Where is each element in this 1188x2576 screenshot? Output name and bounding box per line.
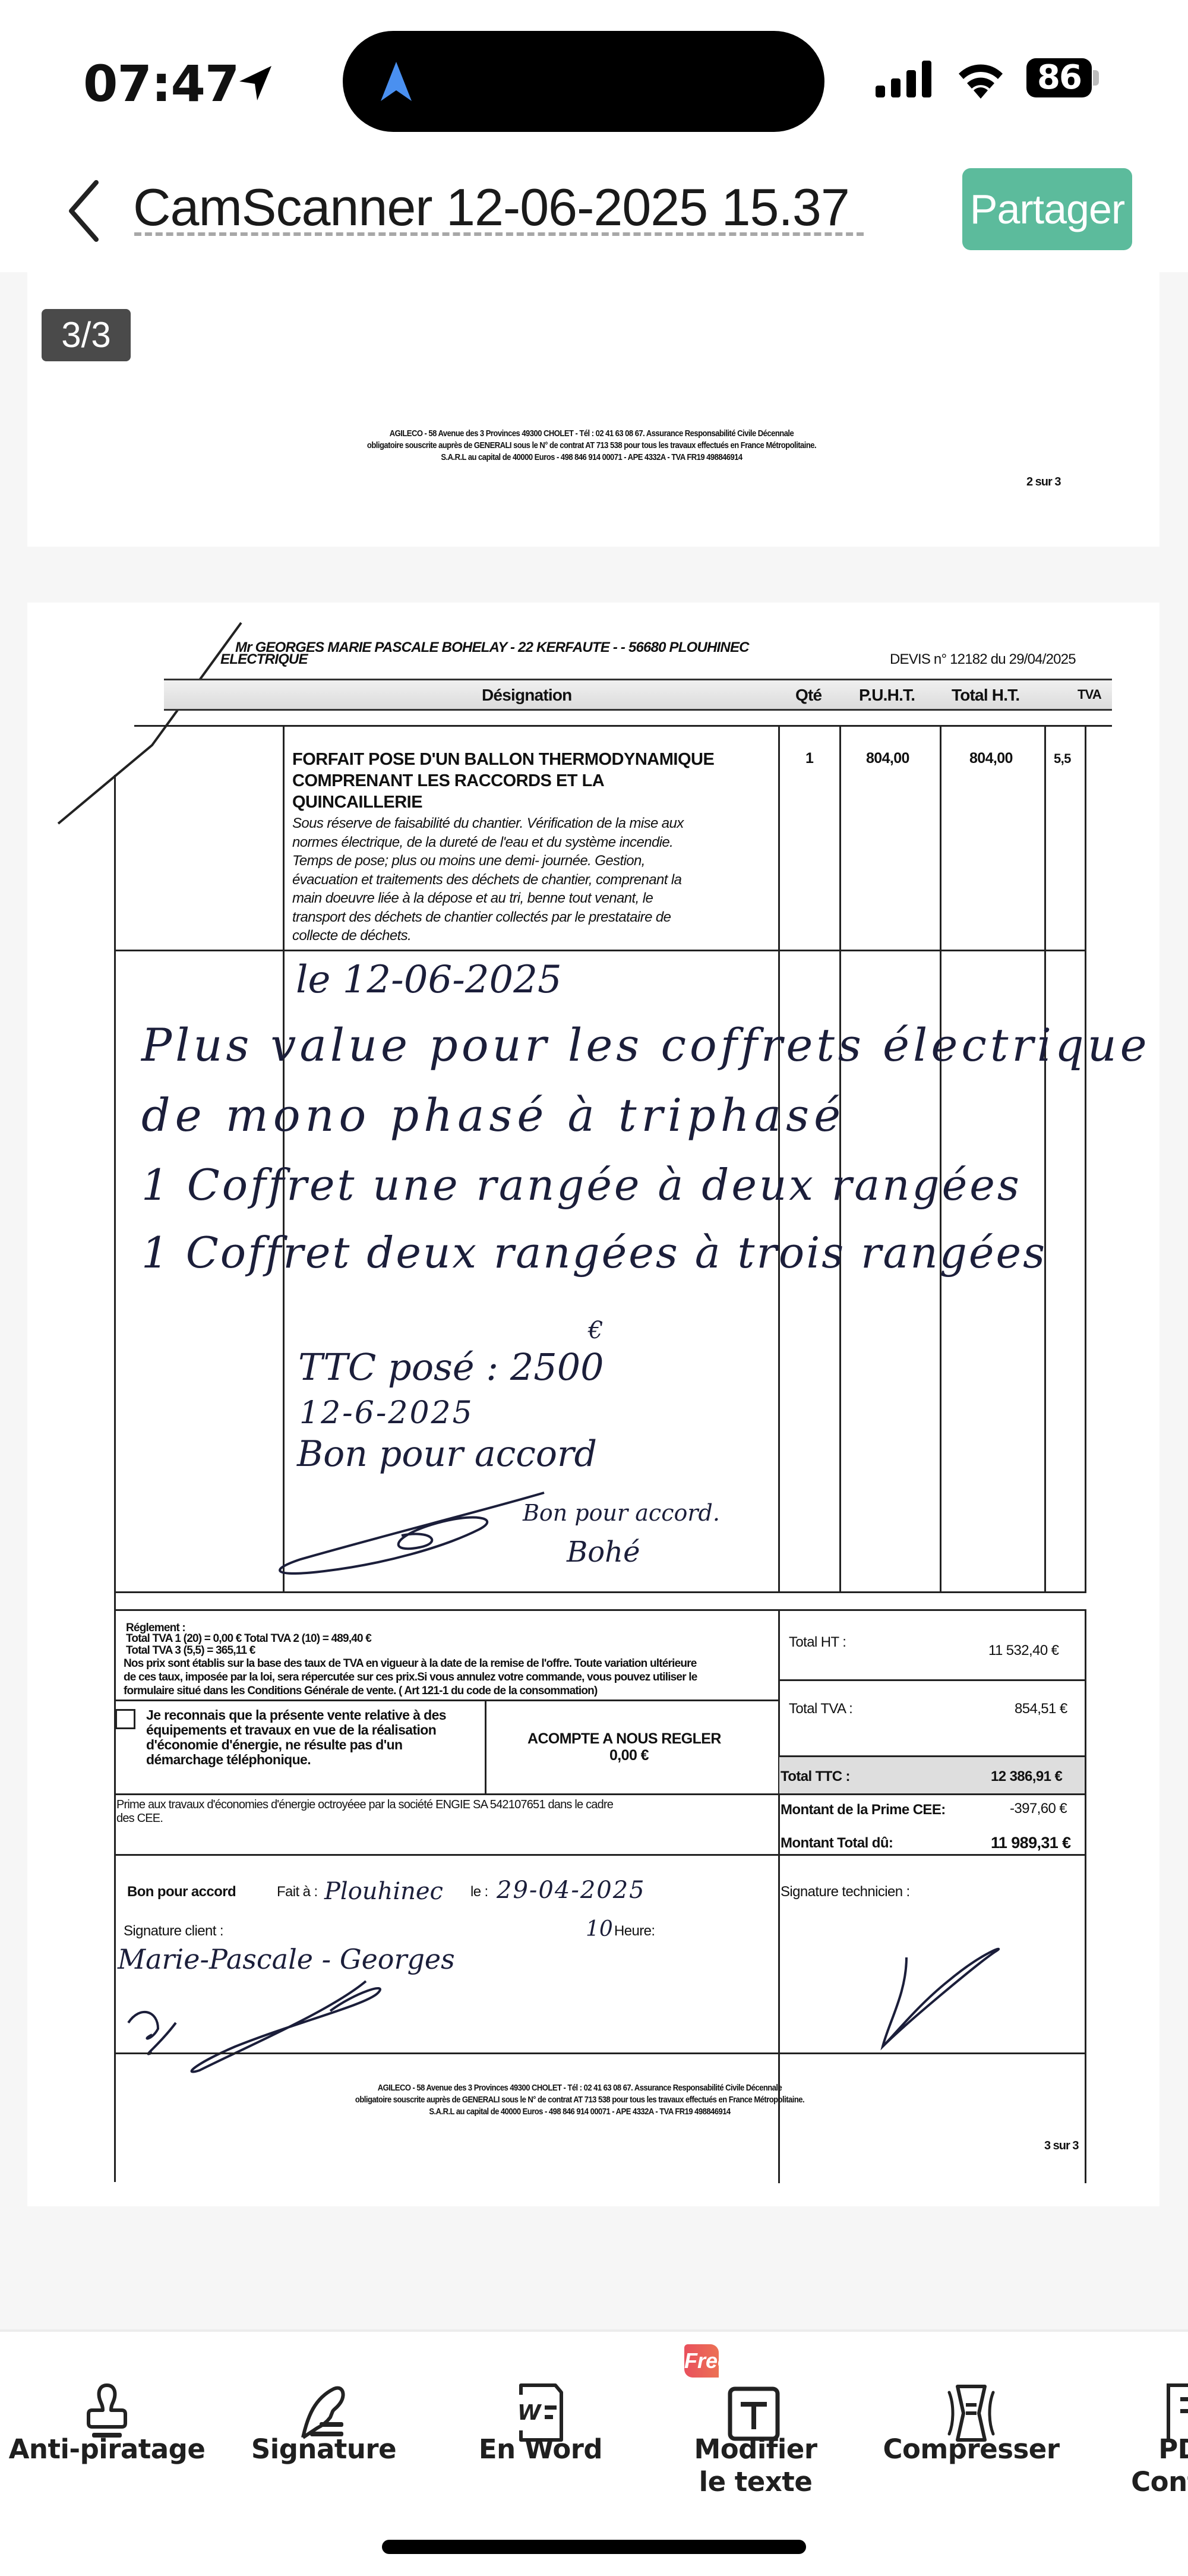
prime-cee-value: -397,60 € <box>1010 1801 1067 1817</box>
total-ht-value: 11 532,40 € <box>988 1642 1059 1659</box>
document-title[interactable]: CamScanner 12-06-2025 15.37 <box>133 177 849 238</box>
acknowledgement-text: Je reconnais que la présente vente relat… <box>146 1708 446 1767</box>
handwritten-line: de mono phasé à triphasé <box>141 1089 845 1142</box>
tool-label: Compresser <box>864 2433 1078 2465</box>
total-tva-label: Total TVA : <box>789 1701 852 1717</box>
page-indicator: 3/3 <box>42 309 131 361</box>
dynamic-island <box>343 31 824 132</box>
bon-pour-accord-label: Bon pour accord <box>127 1884 236 1900</box>
col-tva: TVA <box>1078 687 1101 702</box>
summary-right-border <box>1085 1609 1086 2183</box>
table-right-border <box>1085 725 1086 1593</box>
battery-level: 86 <box>1026 58 1092 97</box>
item-total-ht: 804,00 <box>969 750 1013 767</box>
heure-value: 10 <box>586 1917 613 1941</box>
tool-label: Modifier le texte <box>649 2433 862 2498</box>
devis-number: DEVIS n° 12182 du 29/04/2025 <box>890 651 1076 668</box>
row-divider <box>114 950 1086 951</box>
acknowledgement-checkbox[interactable] <box>115 1709 135 1729</box>
handwritten-currency: € <box>588 1317 603 1344</box>
technicien-signature <box>859 1940 1013 2058</box>
table-top-border <box>134 725 1112 727</box>
total-ht-label: Total HT : <box>789 1634 846 1651</box>
total-due-value: 11 989,31 € <box>991 1834 1071 1852</box>
app-header: 07:47 86 CamScanner 12-06-2025 15.37 Par… <box>0 0 1188 272</box>
share-button[interactable]: Partager <box>962 168 1132 250</box>
tool-label: En Word <box>434 2433 647 2465</box>
battery-icon <box>1093 70 1099 86</box>
location-arrow-icon <box>235 62 276 104</box>
fait-a-label: Fait à : <box>277 1884 318 1900</box>
tool-pdf-config[interactable]: PDF Configu <box>1081 2332 1188 2510</box>
prime-text: Prime aux travaux d'économies d'énergie … <box>116 1798 613 1825</box>
signature-technicien-label: Signature technicien : <box>781 1884 910 1900</box>
col-divider <box>283 725 285 1593</box>
heure-label: Heure: <box>614 1923 655 1940</box>
handwritten-date-2: 12-6-2025 <box>299 1395 474 1431</box>
status-time: 07:47 <box>83 55 239 113</box>
col-divider <box>940 725 941 1593</box>
row-divider <box>114 1854 1086 1856</box>
table-left-border <box>114 775 116 2182</box>
acompte-label: ACOMPTE A NOUS REGLER <box>527 1730 721 1748</box>
col-designation: Désignation <box>482 686 571 705</box>
bottom-toolbar: Anti-piratage Signature W En Word Modifi… <box>0 2329 1188 2576</box>
handwritten-signature <box>253 1488 562 1577</box>
total-ttc-label: Total TTC : <box>781 1768 850 1785</box>
back-button[interactable] <box>59 175 107 247</box>
signature-client-label: Signature client : <box>124 1923 223 1940</box>
wifi-icon <box>956 57 1005 100</box>
document-page-2[interactable]: AGILECO - 58 Avenue des 3 Provinces 4930… <box>27 272 1159 547</box>
row-divider <box>778 1755 1086 1757</box>
handwritten-signature-name: Bohé <box>567 1535 640 1569</box>
handwritten-line: 1 Coffret deux rangées à trois rangées <box>141 1228 1047 1278</box>
tool-label: Anti-piratage <box>0 2433 214 2465</box>
col-puht: P.U.H.T. <box>859 686 915 705</box>
page-footer-legal: AGILECO - 58 Avenue des 3 Provinces 4930… <box>179 2082 981 2118</box>
le-label: le : <box>470 1884 488 1900</box>
col-divider <box>485 1700 486 1793</box>
page-number: 2 sur 3 <box>1026 475 1060 489</box>
tool-signature[interactable]: Signature <box>217 2332 431 2510</box>
tool-label: PDF Configu <box>1081 2433 1188 2498</box>
item-puht: 804,00 <box>866 750 909 767</box>
item-description: Sous réserve de faisabilité du chantier.… <box>292 814 684 945</box>
page-fold-line <box>27 603 265 840</box>
navigation-icon <box>378 61 414 102</box>
col-divider <box>839 725 841 1593</box>
col-divider <box>778 725 780 1593</box>
svg-text:W: W <box>517 2401 542 2425</box>
tool-modifier-texte[interactable]: Modifier le texte <box>649 2332 862 2510</box>
col-divider <box>1044 725 1046 1593</box>
item-tva: 5,5 <box>1054 751 1071 767</box>
document-page-3[interactable]: Mr GEORGES MARIE PASCALE BOHELAY - 22 KE… <box>27 603 1159 2206</box>
col-total-ht: Total H.T. <box>952 686 1019 705</box>
tool-compresser[interactable]: Compresser <box>864 2332 1078 2510</box>
row-divider <box>778 1679 1086 1681</box>
handwritten-agreement: Bon pour accord <box>297 1433 597 1475</box>
handwritten-line: Plus value pour les coffrets électrique <box>141 1019 1151 1071</box>
tool-anti-piratage[interactable]: Anti-piratage <box>0 2332 214 2510</box>
total-tva-value: 854,51 € <box>1015 1701 1067 1717</box>
page-footer-legal: AGILECO - 58 Avenue des 3 Provinces 4930… <box>191 428 993 464</box>
page-number: 3 sur 3 <box>1044 2139 1078 2153</box>
total-due-label: Montant Total dû: <box>781 1835 893 1852</box>
item-qty: 1 <box>805 750 813 767</box>
client-signature-scribble <box>116 1969 485 2076</box>
total-ttc-value: 12 386,91 € <box>991 1768 1062 1785</box>
acompte-value: 0,00 € <box>609 1747 649 1764</box>
row-divider <box>114 1700 779 1701</box>
row-divider <box>114 1793 1086 1795</box>
col-qty: Qté <box>795 686 822 705</box>
handwritten-line: 1 Coffret une rangée à deux rangées <box>141 1160 1022 1210</box>
title-edit-underline <box>134 232 864 236</box>
table-bottom-border <box>114 1591 1086 1593</box>
handwritten-ttc: TTC posé : 2500 <box>298 1345 604 1389</box>
tool-label: Signature <box>217 2433 431 2465</box>
item-title: FORFAIT POSE D'UN BALLON THERMODYNAMIQUE… <box>292 749 714 813</box>
table-bottom-border <box>114 2052 1086 2054</box>
reglement-notice: Nos prix sont établis sur la base des ta… <box>124 1657 697 1698</box>
reglement-tva-line: Total TVA 3 (5,5) = 365,11 € <box>126 1644 255 1657</box>
prime-cee-label: Montant de la Prime CEE: <box>781 1802 946 1818</box>
client-trade: ELECTRIQUE <box>220 651 308 668</box>
fait-a-value: Plouhinec <box>324 1878 443 1905</box>
le-value: 29-04-2025 <box>497 1877 646 1904</box>
client-address: Mr GEORGES MARIE PASCALE BOHELAY - 22 KE… <box>235 639 749 656</box>
home-indicator[interactable] <box>382 2540 806 2554</box>
free-badge: Free <box>684 2344 719 2378</box>
summary-top-border <box>114 1609 1086 1611</box>
handwritten-date: le 12-06-2025 <box>296 958 562 1002</box>
tool-en-word[interactable]: W En Word <box>434 2332 647 2510</box>
cellular-signal-icon <box>874 59 934 97</box>
